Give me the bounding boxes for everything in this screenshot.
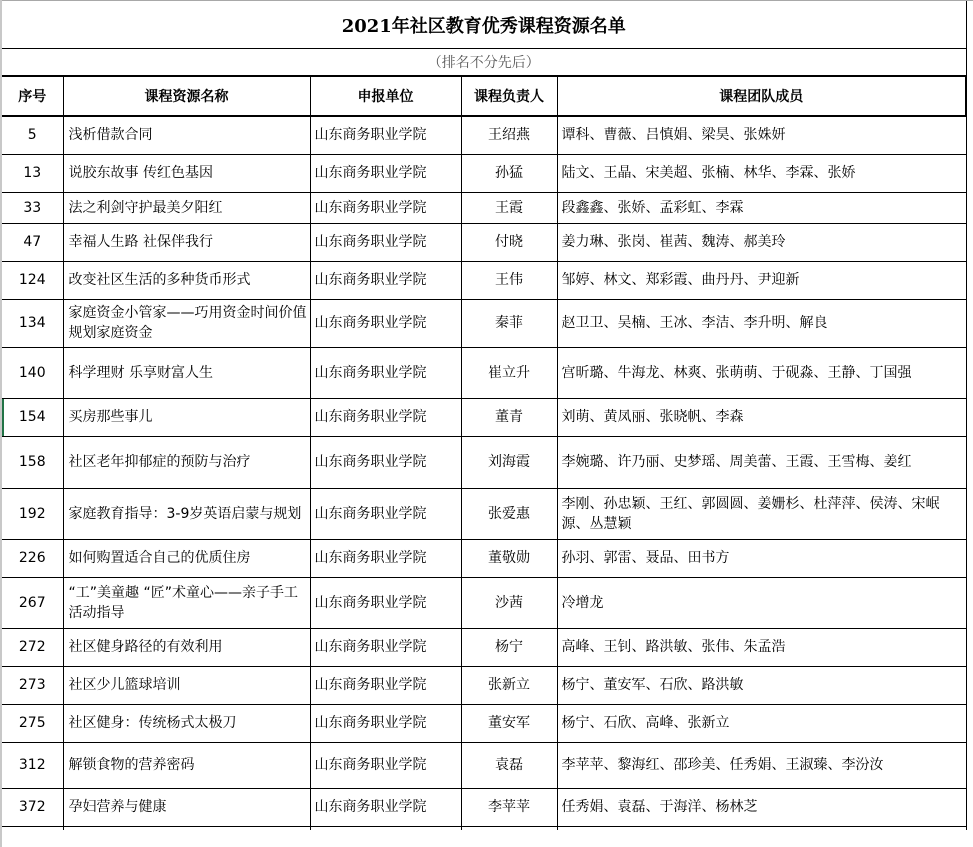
cell-no[interactable]: 226 (2, 539, 63, 577)
table-row: 158社区老年抑郁症的预防与治疗山东商务职业学院刘海霞李婉璐、许乃丽、史梦瑶、周… (2, 436, 966, 488)
cell-team[interactable]: 李苹苹、黎海红、邵珍美、任秀娟、王淑臻、李汾汝 (557, 742, 966, 788)
cell-team[interactable]: 高峰、王钊、路洪敏、张伟、朱孟浩 (557, 628, 966, 666)
cell-unit[interactable]: 山东商务职业学院 (310, 788, 461, 826)
cell-no[interactable]: 267 (2, 577, 63, 628)
cell-unit[interactable]: 山东商务职业学院 (310, 154, 461, 192)
cell-lead[interactable]: 王伟 (461, 261, 557, 299)
table-row: 273社区少儿篮球培训山东商务职业学院张新立杨宁、董安军、石欣、路洪敏 (2, 666, 966, 704)
sheet-subtitle[interactable]: （排名不分先后） (2, 49, 966, 77)
cell-course-name[interactable]: 社区健身路径的有效利用 (63, 628, 310, 666)
cell-team[interactable]: 宫昕璐、牛海龙、林爽、张萌萌、于砚淼、王静、丁国强 (557, 347, 966, 398)
cell-course-name[interactable]: 社区少儿篮球培训 (63, 666, 310, 704)
cell-course-name[interactable]: 浅析借款合同 (63, 116, 310, 154)
cell-no[interactable]: 158 (2, 436, 63, 488)
table-row: 140科学理财 乐享财富人生山东商务职业学院崔立升宫昕璐、牛海龙、林爽、张萌萌、… (2, 347, 966, 398)
cell-course-name[interactable]: 家庭教育指导：3-9岁英语启蒙与规划 (63, 488, 310, 539)
cell-unit[interactable]: 山东商务职业学院 (310, 261, 461, 299)
header-cell-team[interactable]: 课程团队成员 (557, 76, 966, 116)
cell-unit[interactable]: 山东商务职业学院 (310, 347, 461, 398)
cell-unit[interactable]: 山东商务职业学院 (310, 704, 461, 742)
cell-lead[interactable]: 张新立 (461, 666, 557, 704)
cell-no[interactable]: 192 (2, 488, 63, 539)
table-row: 226如何购置适合自己的优质住房山东商务职业学院董敬勋孙羽、郭雷、聂品、田书方 (2, 539, 966, 577)
header-row: 序号 课程资源名称 申报单位 课程负责人 课程团队成员 (2, 76, 966, 116)
cell-no[interactable]: 372 (2, 788, 63, 826)
cell-lead[interactable]: 崔立升 (461, 347, 557, 398)
cell-empty[interactable] (2, 826, 63, 830)
cell-team[interactable]: 杨宁、石欣、高峰、张新立 (557, 704, 966, 742)
table-row: 267“工”美童趣 “匠”术童心——亲子手工活动指导山东商务职业学院沙茜冷增龙 (2, 577, 966, 628)
cell-no[interactable]: 124 (2, 261, 63, 299)
table-row: 33法之利剑守护最美夕阳红山东商务职业学院王霞段鑫鑫、张娇、孟彩虹、李霖 (2, 192, 966, 223)
cell-course-name[interactable]: 孕妇营养与健康 (63, 788, 310, 826)
cell-no[interactable]: 275 (2, 704, 63, 742)
cell-lead[interactable]: 张爱惠 (461, 488, 557, 539)
cell-unit[interactable]: 山东商务职业学院 (310, 488, 461, 539)
header-cell-course-name[interactable]: 课程资源名称 (63, 76, 310, 116)
cell-lead[interactable]: 孙猛 (461, 154, 557, 192)
cell-no[interactable]: 13 (2, 154, 63, 192)
cell-lead[interactable]: 付晓 (461, 223, 557, 261)
cell-unit[interactable]: 山东商务职业学院 (310, 436, 461, 488)
cell-unit[interactable]: 山东商务职业学院 (310, 299, 461, 347)
cell-no[interactable]: 140 (2, 347, 63, 398)
cell-course-name[interactable]: 买房那些事儿 (63, 398, 310, 436)
cell-lead[interactable]: 袁磊 (461, 742, 557, 788)
table-row: 13说胶东故事 传红色基因山东商务职业学院孙猛陆文、王晶、宋美超、张楠、林华、李… (2, 154, 966, 192)
cell-no[interactable]: 33 (2, 192, 63, 223)
cell-course-name[interactable]: 解锁食物的营养密码 (63, 742, 310, 788)
cell-course-name[interactable]: 家庭资金小管家——巧用资金时间价值规划家庭资金 (63, 299, 310, 347)
cell-team[interactable]: 赵卫卫、吴楠、王冰、李洁、李升明、解良 (557, 299, 966, 347)
cell-team[interactable]: 冷增龙 (557, 577, 966, 628)
header-cell-no[interactable]: 序号 (2, 76, 63, 116)
cell-team[interactable]: 任秀娟、袁磊、于海洋、杨林芝 (557, 788, 966, 826)
cell-lead[interactable]: 李苹苹 (461, 788, 557, 826)
sheet-title[interactable]: 2021年社区教育优秀课程资源名单 (2, 1, 966, 49)
cell-team[interactable]: 李刚、孙忠颖、王红、郭圆圆、姜姗杉、杜萍萍、侯涛、宋岷源、丛慧颖 (557, 488, 966, 539)
table-row: 124改变社区生活的多种货币形式山东商务职业学院王伟邹婷、林文、郑彩霞、曲丹丹、… (2, 261, 966, 299)
header-cell-lead[interactable]: 课程负责人 (461, 76, 557, 116)
table-row-partial (2, 826, 966, 830)
cell-course-name[interactable]: 法之利剑守护最美夕阳红 (63, 192, 310, 223)
cell-course-name[interactable]: 如何购置适合自己的优质住房 (63, 539, 310, 577)
cell-no[interactable]: 312 (2, 742, 63, 788)
cell-course-name[interactable]: 幸福人生路 社保伴我行 (63, 223, 310, 261)
spreadsheet-sheet: 2021年社区教育优秀课程资源名单 （排名不分先后） 序号 课程资源名称 申报单… (0, 0, 973, 847)
cell-team[interactable]: 刘萌、黄凤丽、张晓帆、李森 (557, 398, 966, 436)
cell-no[interactable]: 47 (2, 223, 63, 261)
cell-no[interactable]: 154 (2, 398, 63, 436)
cell-unit[interactable]: 山东商务职业学院 (310, 539, 461, 577)
cell-lead[interactable]: 董安军 (461, 704, 557, 742)
cell-team[interactable]: 杨宁、董安军、石欣、路洪敏 (557, 666, 966, 704)
cell-team[interactable]: 邹婷、林文、郑彩霞、曲丹丹、尹迎新 (557, 261, 966, 299)
cell-unit[interactable]: 山东商务职业学院 (310, 116, 461, 154)
cell-lead[interactable]: 王绍燕 (461, 116, 557, 154)
cell-unit[interactable]: 山东商务职业学院 (310, 192, 461, 223)
cell-lead[interactable]: 董敬勋 (461, 539, 557, 577)
cell-course-name[interactable]: 社区老年抑郁症的预防与治疗 (63, 436, 310, 488)
cell-lead[interactable]: 刘海霞 (461, 436, 557, 488)
table-row: 154买房那些事儿山东商务职业学院董青刘萌、黄凤丽、张晓帆、李森 (2, 398, 966, 436)
cell-unit[interactable]: 山东商务职业学院 (310, 742, 461, 788)
table-row: 192家庭教育指导：3-9岁英语启蒙与规划山东商务职业学院张爱惠李刚、孙忠颖、王… (2, 488, 966, 539)
table-row: 275社区健身：传统杨式太极刀山东商务职业学院董安军杨宁、石欣、高峰、张新立 (2, 704, 966, 742)
cell-unit[interactable]: 山东商务职业学院 (310, 398, 461, 436)
table-row: 47幸福人生路 社保伴我行山东商务职业学院付晓姜力琳、张岗、崔茜、魏涛、郝美玲 (2, 223, 966, 261)
table-row: 134家庭资金小管家——巧用资金时间价值规划家庭资金山东商务职业学院秦菲赵卫卫、… (2, 299, 966, 347)
cell-team[interactable]: 谭科、曹薇、吕慎娟、梁昊、张姝妍 (557, 116, 966, 154)
cell-lead[interactable]: 王霞 (461, 192, 557, 223)
cell-team[interactable]: 孙羽、郭雷、聂品、田书方 (557, 539, 966, 577)
cell-no[interactable]: 5 (2, 116, 63, 154)
cell-team[interactable]: 段鑫鑫、张娇、孟彩虹、李霖 (557, 192, 966, 223)
cell-course-name[interactable]: 说胶东故事 传红色基因 (63, 154, 310, 192)
cell-course-name[interactable]: 社区健身：传统杨式太极刀 (63, 704, 310, 742)
cell-unit[interactable]: 山东商务职业学院 (310, 628, 461, 666)
cell-team[interactable]: 陆文、王晶、宋美超、张楠、林华、李霖、张娇 (557, 154, 966, 192)
cell-team[interactable]: 李婉璐、许乃丽、史梦瑶、周美蕾、王霞、王雪梅、姜红 (557, 436, 966, 488)
cell-empty[interactable] (63, 826, 310, 830)
cell-empty[interactable] (310, 826, 461, 830)
cell-no[interactable]: 273 (2, 666, 63, 704)
table-row: 372孕妇营养与健康山东商务职业学院李苹苹任秀娟、袁磊、于海洋、杨林芝 (2, 788, 966, 826)
table-row: 312解锁食物的营养密码山东商务职业学院袁磊李苹苹、黎海红、邵珍美、任秀娟、王淑… (2, 742, 966, 788)
cell-team[interactable]: 姜力琳、张岗、崔茜、魏涛、郝美玲 (557, 223, 966, 261)
cell-empty[interactable] (557, 826, 966, 830)
cell-unit[interactable]: 山东商务职业学院 (310, 223, 461, 261)
cell-course-name[interactable]: 科学理财 乐享财富人生 (63, 347, 310, 398)
header-cell-unit[interactable]: 申报单位 (310, 76, 461, 116)
cell-lead[interactable]: 秦菲 (461, 299, 557, 347)
cell-course-name[interactable]: 改变社区生活的多种货币形式 (63, 261, 310, 299)
cell-lead[interactable]: 董青 (461, 398, 557, 436)
cell-lead[interactable]: 沙茜 (461, 577, 557, 628)
cell-empty[interactable] (461, 826, 557, 830)
cell-unit[interactable]: 山东商务职业学院 (310, 666, 461, 704)
table-row: 5浅析借款合同山东商务职业学院王绍燕谭科、曹薇、吕慎娟、梁昊、张姝妍 (2, 116, 966, 154)
course-resource-table: 2021年社区教育优秀课程资源名单 （排名不分先后） 序号 课程资源名称 申报单… (2, 1, 967, 830)
cell-lead[interactable]: 杨宁 (461, 628, 557, 666)
cell-unit[interactable]: 山东商务职业学院 (310, 577, 461, 628)
cell-course-name[interactable]: “工”美童趣 “匠”术童心——亲子手工活动指导 (63, 577, 310, 628)
cell-no[interactable]: 272 (2, 628, 63, 666)
cell-no[interactable]: 134 (2, 299, 63, 347)
table-row: 272社区健身路径的有效利用山东商务职业学院杨宁高峰、王钊、路洪敏、张伟、朱孟浩 (2, 628, 966, 666)
